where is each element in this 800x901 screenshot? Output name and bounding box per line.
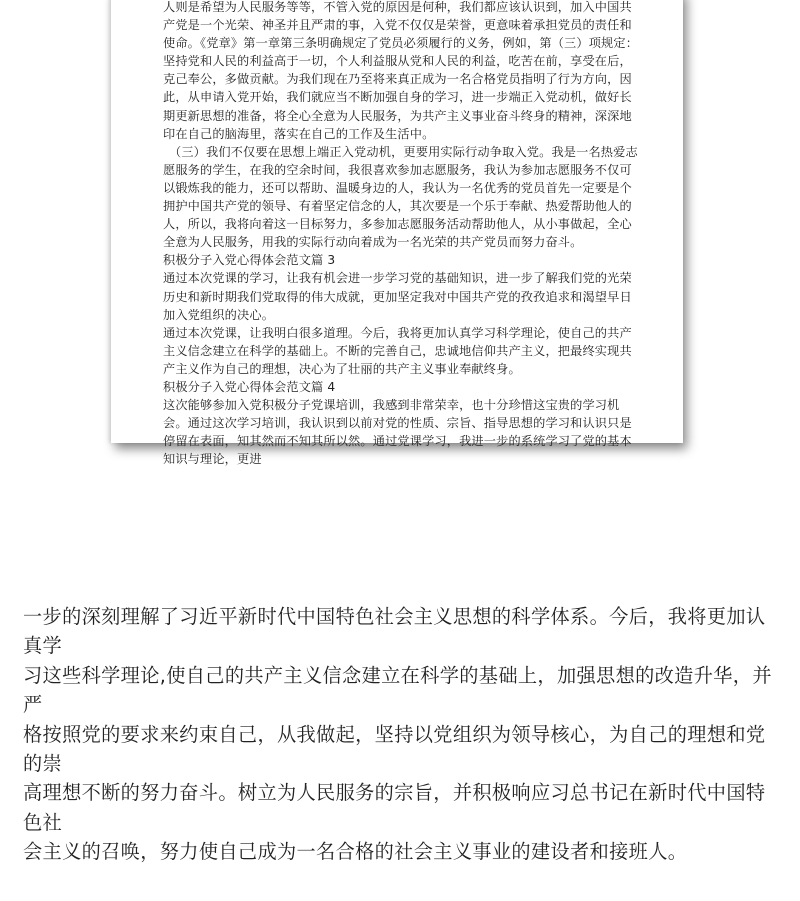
paragraph-obligations: 人则是希望为人民服务等等，不管入党的原因是何种，我们都应该认识到，加入中国共产党…: [163, 0, 641, 143]
section-heading-3: 积极分子入党心得体会范文篇 3: [163, 251, 641, 269]
paragraph-party-course: 通过本次党课的学习，让我有机会进一步学习党的基础知识，进一步了解我们党的光荣历史…: [163, 269, 641, 323]
section-heading-4: 积极分子入党心得体会范文篇 4: [163, 378, 641, 396]
continuation-line: 格按照党的要求来约束自己，从我做起，坚持以党组织为领导核心，为自己的理想和党的崇: [23, 720, 783, 779]
continuation-line: 一步的深刻理解了习近平新时代中国特色社会主义思想的科学体系。今后，我将更加认真学: [23, 602, 783, 661]
paragraph-training: 这次能够参加入党积极分子党课培训，我感到非常荣幸，也十分珍惜这宝贵的学习机会。通…: [163, 396, 641, 468]
continuation-line: 会主义的召唤，努力使自己成为一名合格的社会主义事业的建设者和接班人。: [23, 837, 783, 866]
document-page-preview: 人则是希望为人民服务等等，不管入党的原因是何种，我们都应该认识到，加入中国共产党…: [111, 0, 683, 443]
paragraph-lessons: 通过本次党课，让我明白很多道理。今后，我将更加认真学习科学理论，使自己的共产主义…: [163, 324, 641, 378]
continuation-line: 高理想不断的努力奋斗。树立为人民服务的宗旨，并积极响应习总书记在新时代中国特色社: [23, 778, 783, 837]
paragraph-volunteer: （三）我们不仅要在思想上端正入党动机，更要用实际行动争取入党。我是一名热爱志愿服…: [163, 143, 641, 252]
document-page-text: 人则是希望为人民服务等等，不管入党的原因是何种，我们都应该认识到，加入中国共产党…: [163, 0, 641, 468]
continuation-text-block: 一步的深刻理解了习近平新时代中国特色社会主义思想的科学体系。今后，我将更加认真学…: [23, 602, 783, 867]
continuation-line: 习这些科学理论,使自己的共产主义信念建立在科学的基础上，加强思想的改造升华，并严: [23, 661, 783, 720]
